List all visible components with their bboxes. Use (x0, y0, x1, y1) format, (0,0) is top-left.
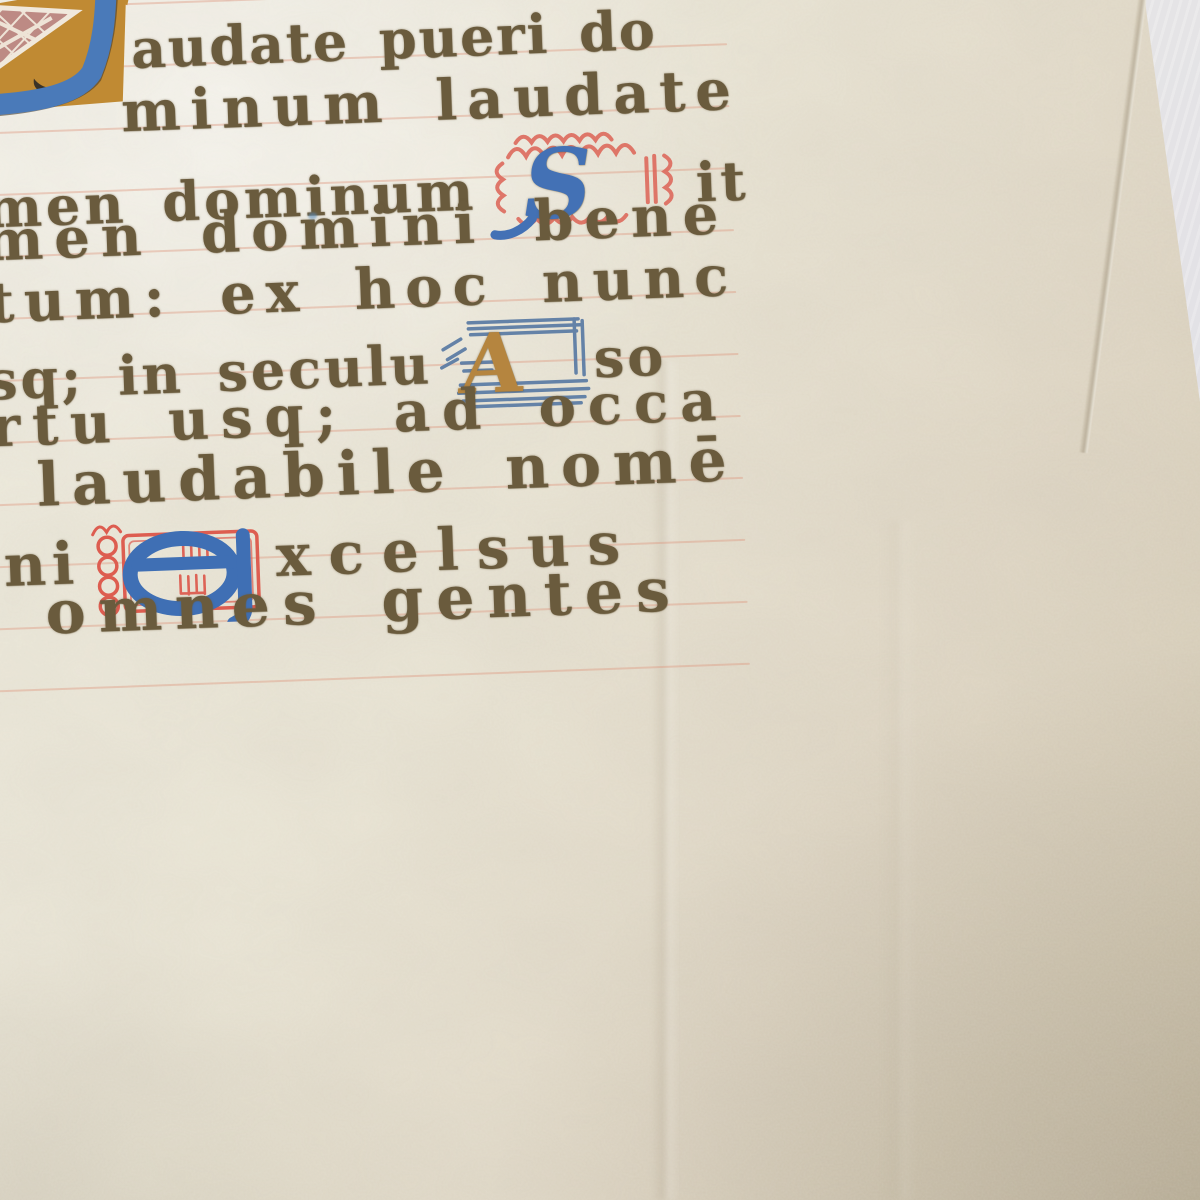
parchment-crease-faint (878, 520, 918, 1200)
parchment-page-edge (1078, 0, 1147, 453)
ruling-line (0, 663, 750, 693)
text-block: ucuc audatē uctē audate pueri do minum l… (0, 0, 877, 780)
manuscript-photo: ucuc audatē uctē audate pueri do minum l… (0, 0, 1200, 1200)
